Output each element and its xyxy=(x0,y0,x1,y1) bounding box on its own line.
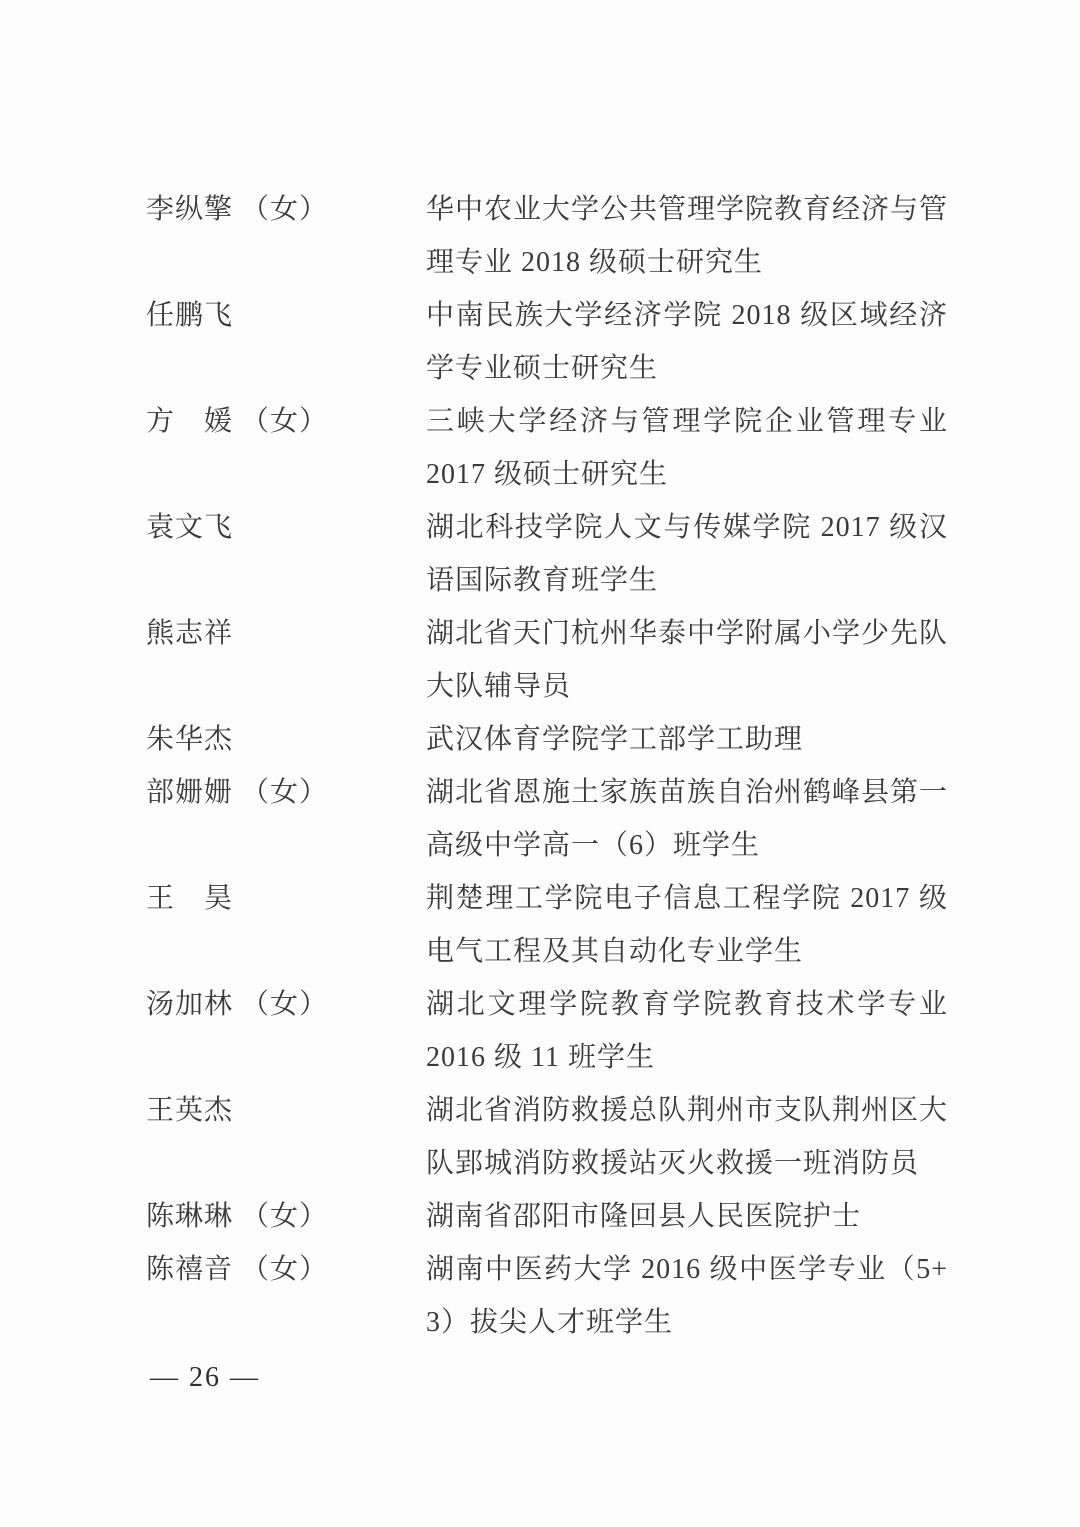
affiliation-line-1: 三峡大学经济与管理学院企业管理专业 xyxy=(426,395,948,448)
affiliation-line-2: 语国际教育班学生 xyxy=(426,554,948,607)
person-name: 汤加林 xyxy=(146,989,233,1020)
affiliation-cell: 华中农业大学公共管理学院教育经济与管 理专业 2018 级硕士研究生 xyxy=(426,183,948,289)
person-name-cell: 任鹏飞 xyxy=(146,289,426,342)
person-name: 方 媛 xyxy=(146,406,233,437)
document-page: 李纵擎（女） 华中农业大学公共管理学院教育经济与管 理专业 2018 级硕士研究… xyxy=(0,0,1080,1527)
person-name-cell: 李纵擎（女） xyxy=(146,183,426,236)
affiliation-cell: 三峡大学经济与管理学院企业管理专业 2017 级硕士研究生 xyxy=(426,395,948,501)
person-name: 朱华杰 xyxy=(146,724,233,755)
affiliation-line-2: 大队辅导员 xyxy=(426,660,948,713)
person-name-cell: 朱华杰 xyxy=(146,713,426,766)
person-entry: 陈琳琳（女） 湖南省邵阳市隆回县人民医院护士 xyxy=(146,1190,948,1243)
affiliation-cell: 湖北科技学院人文与传媒学院 2017 级汉 语国际教育班学生 xyxy=(426,501,948,607)
gender-note: （女） xyxy=(241,1201,328,1232)
person-entry: 汤加林（女） 湖北文理学院教育学院教育技术学专业 2016 级 11 班学生 xyxy=(146,978,948,1084)
person-name: 袁文飞 xyxy=(146,512,233,543)
person-entry: 王英杰 湖北省消防救援总队荆州市支队荆州区大 队郢城消防救援站灭火救援一班消防员 xyxy=(146,1084,948,1190)
affiliation-line-2: 3）拔尖人才班学生 xyxy=(426,1296,948,1349)
affiliation-cell: 武汉体育学院学工部学工助理 xyxy=(426,713,948,766)
person-entry: 陈禧音（女） 湖南中医药大学 2016 级中医学专业（5+ 3）拔尖人才班学生 xyxy=(146,1243,948,1349)
recipient-list: 李纵擎（女） 华中农业大学公共管理学院教育经济与管 理专业 2018 级硕士研究… xyxy=(146,183,948,1349)
affiliation-line-2: 2017 级硕士研究生 xyxy=(426,448,948,501)
affiliation-cell: 湖南省邵阳市隆回县人民医院护士 xyxy=(426,1190,948,1243)
person-entry: 方 媛（女） 三峡大学经济与管理学院企业管理专业 2017 级硕士研究生 xyxy=(146,395,948,501)
affiliation-line-2: 队郢城消防救援站灭火救援一班消防员 xyxy=(426,1137,948,1190)
person-name: 王英杰 xyxy=(146,1095,233,1126)
affiliation-cell: 湖北省天门杭州华泰中学附属小学少先队 大队辅导员 xyxy=(426,607,948,713)
person-name-cell: 汤加林（女） xyxy=(146,978,426,1031)
person-name: 王 昊 xyxy=(146,883,233,914)
affiliation-line-1: 荆楚理工学院电子信息工程学院 2017 级 xyxy=(426,872,948,925)
person-name: 熊志祥 xyxy=(146,618,233,649)
affiliation-cell: 荆楚理工学院电子信息工程学院 2017 级 电气工程及其自动化专业学生 xyxy=(426,872,948,978)
affiliation-line-1: 湖南省邵阳市隆回县人民医院护士 xyxy=(426,1190,948,1243)
affiliation-cell: 湖北文理学院教育学院教育技术学专业 2016 级 11 班学生 xyxy=(426,978,948,1084)
affiliation-cell: 中南民族大学经济学院 2018 级区域经济 学专业硕士研究生 xyxy=(426,289,948,395)
person-name-cell: 王英杰 xyxy=(146,1084,426,1137)
affiliation-line-1: 武汉体育学院学工部学工助理 xyxy=(426,713,948,766)
person-name-cell: 陈禧音（女） xyxy=(146,1243,426,1296)
person-entry: 熊志祥 湖北省天门杭州华泰中学附属小学少先队 大队辅导员 xyxy=(146,607,948,713)
affiliation-cell: 湖北省消防救援总队荆州市支队荆州区大 队郢城消防救援站灭火救援一班消防员 xyxy=(426,1084,948,1190)
affiliation-cell: 湖北省恩施土家族苗族自治州鹤峰县第一 高级中学高一（6）班学生 xyxy=(426,766,948,872)
affiliation-line-2: 高级中学高一（6）班学生 xyxy=(426,819,948,872)
person-entry: 任鹏飞 中南民族大学经济学院 2018 级区域经济 学专业硕士研究生 xyxy=(146,289,948,395)
affiliation-line-1: 中南民族大学经济学院 2018 级区域经济 xyxy=(426,289,948,342)
affiliation-line-1: 华中农业大学公共管理学院教育经济与管 xyxy=(426,183,948,236)
person-entry: 李纵擎（女） 华中农业大学公共管理学院教育经济与管 理专业 2018 级硕士研究… xyxy=(146,183,948,289)
person-name-cell: 方 媛（女） xyxy=(146,395,426,448)
affiliation-cell: 湖南中医药大学 2016 级中医学专业（5+ 3）拔尖人才班学生 xyxy=(426,1243,948,1349)
affiliation-line-2: 2016 级 11 班学生 xyxy=(426,1031,948,1084)
gender-note: （女） xyxy=(241,194,328,225)
person-name: 任鹏飞 xyxy=(146,300,233,331)
person-entry: 朱华杰 武汉体育学院学工部学工助理 xyxy=(146,713,948,766)
person-name-cell: 陈琳琳（女） xyxy=(146,1190,426,1243)
person-entry: 部姗姗（女） 湖北省恩施土家族苗族自治州鹤峰县第一 高级中学高一（6）班学生 xyxy=(146,766,948,872)
affiliation-line-1: 湖北省恩施土家族苗族自治州鹤峰县第一 xyxy=(426,766,948,819)
affiliation-line-1: 湖南中医药大学 2016 级中医学专业（5+ xyxy=(426,1243,948,1296)
person-name-cell: 部姗姗（女） xyxy=(146,766,426,819)
affiliation-line-2: 理专业 2018 级硕士研究生 xyxy=(426,236,948,289)
affiliation-line-2: 学专业硕士研究生 xyxy=(426,342,948,395)
person-name: 部姗姗 xyxy=(146,777,233,808)
affiliation-line-1: 湖北省天门杭州华泰中学附属小学少先队 xyxy=(426,607,948,660)
gender-note: （女） xyxy=(241,406,328,437)
person-name-cell: 袁文飞 xyxy=(146,501,426,554)
person-name: 陈琳琳 xyxy=(146,1201,233,1232)
affiliation-line-1: 湖北文理学院教育学院教育技术学专业 xyxy=(426,978,948,1031)
gender-note: （女） xyxy=(241,777,328,808)
person-name-cell: 王 昊 xyxy=(146,872,426,925)
person-entry: 王 昊 荆楚理工学院电子信息工程学院 2017 级 电气工程及其自动化专业学生 xyxy=(146,872,948,978)
page-number: — 26 — xyxy=(150,1360,260,1396)
person-name: 陈禧音 xyxy=(146,1254,233,1285)
person-name-cell: 熊志祥 xyxy=(146,607,426,660)
person-name: 李纵擎 xyxy=(146,194,233,225)
affiliation-line-1: 湖北科技学院人文与传媒学院 2017 级汉 xyxy=(426,501,948,554)
gender-note: （女） xyxy=(241,989,328,1020)
gender-note: （女） xyxy=(241,1254,328,1285)
person-entry: 袁文飞 湖北科技学院人文与传媒学院 2017 级汉 语国际教育班学生 xyxy=(146,501,948,607)
affiliation-line-1: 湖北省消防救援总队荆州市支队荆州区大 xyxy=(426,1084,948,1137)
affiliation-line-2: 电气工程及其自动化专业学生 xyxy=(426,925,948,978)
